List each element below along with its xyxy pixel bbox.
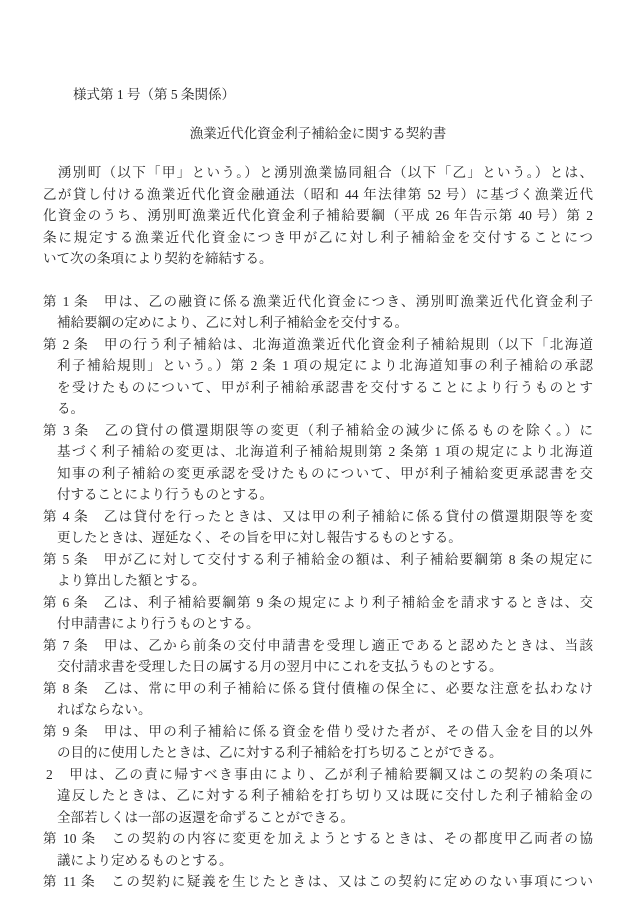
- preamble-line: いて次の条項により契約を締結する。: [43, 248, 593, 270]
- article-line: 付することにより行うものとする。: [43, 484, 593, 506]
- article-9: 第 9 条 甲は、甲の利子補給に係る資金を借り受けた者が、その借入金を目的以外 …: [43, 721, 593, 764]
- article-line: る。: [43, 398, 593, 420]
- article-line: より算出した額とする。: [43, 570, 593, 592]
- article-line: 付申請書により行うものとする。: [43, 613, 593, 635]
- preamble-line: 乙が貸し付ける漁業近代化資金融通法（昭和 44 年法律第 52 号）に基づく漁業…: [43, 184, 593, 206]
- article-line: の目的に使用したときは、乙に対する利子補給を打ち切ることができる。: [43, 742, 593, 764]
- article-line: 第 7 条 甲は、乙から前条の交付申請書を受理し適正であると認めたときは、当該: [43, 635, 593, 657]
- article-line: 第 11 条 この契約に疑義を生じたときは、又はこの契約に定めのない事項につい: [43, 871, 593, 893]
- preamble: 湧別町（以下「甲」という。）と湧別漁業協同組合（以下「乙」という。）とは、 乙が…: [43, 162, 593, 270]
- article-line: 第 9 条 甲は、甲の利子補給に係る資金を借り受けた者が、その借入金を目的以外: [43, 721, 593, 743]
- article-2: 第 2 条 甲の行う利子補給は、北海道漁業近代化資金利子補給規則（以下「北海道 …: [43, 334, 593, 420]
- article-line: 補給要綱の定めにより、乙に対し利子補給金を交付する。: [43, 312, 593, 334]
- article-9-paragraph-2: 2 甲は、乙の責に帰すべき事由により、乙が利子補給要綱又はこの契約の条項に 違反…: [43, 764, 593, 829]
- article-6: 第 6 条 乙は、利子補給要綱第 9 条の規定により利子補給金を請求するときは、…: [43, 592, 593, 635]
- article-line: 利子補給規則」という。）第 2 条 1 項の規定により北海道知事の利子補給の承認: [43, 355, 593, 377]
- article-line: ればならない。: [43, 699, 593, 721]
- article-line: 知事の利子補給の変更承認を受けたものについて、甲が利子補給変更承認書を交: [43, 463, 593, 485]
- article-10: 第 10 条 この契約の内容に変更を加えようとするときは、その都度甲乙両者の協 …: [43, 828, 593, 871]
- article-line: 第 6 条 乙は、利子補給要綱第 9 条の規定により利子補給金を請求するときは、…: [43, 592, 593, 614]
- article-line: 第 8 条 乙は、常に甲の利子補給に係る貸付債権の保全に、必要な注意を払わなけ: [43, 678, 593, 700]
- article-line: 基づく利子補給の変更は、北海道利子補給規則第 2 条第 1 項の規定により北海道: [43, 441, 593, 463]
- article-line: 2 甲は、乙の責に帰すべき事由により、乙が利子補給要綱又はこの契約の条項に: [43, 764, 593, 786]
- article-4: 第 4 条 乙は貸付を行ったときは、又は甲の利子補給に係る貸付の償還期限等を変 …: [43, 506, 593, 549]
- form-number-label: 様式第 1 号（第 5 条関係）: [43, 84, 593, 106]
- articles-section: 第 1 条 甲は、乙の融資に係る漁業近代化資金につき、湧別町漁業近代化資金利子 …: [43, 291, 593, 893]
- article-3: 第 3 条 乙の貸付の償還期限等の変更（利子補給金の減少に係るものを除く。）に …: [43, 420, 593, 506]
- article-line: 違反したときは、乙に対する利子補給を打ち切り又は既に交付した利子補給金の: [43, 785, 593, 807]
- article-line: を受けたものについて、甲が利子補給承認書を交付することにより行うものとす: [43, 377, 593, 399]
- article-5: 第 5 条 甲が乙に対して交付する利子補給金の額は、利子補給要綱第 8 条の規定…: [43, 549, 593, 592]
- article-line: 交付請求書を受理した日の属する月の翌月中にこれを支払うものとする。: [43, 656, 593, 678]
- article-7: 第 7 条 甲は、乙から前条の交付申請書を受理し適正であると認めたときは、当該 …: [43, 635, 593, 678]
- article-line: 第 2 条 甲の行う利子補給は、北海道漁業近代化資金利子補給規則（以下「北海道: [43, 334, 593, 356]
- article-1: 第 1 条 甲は、乙の融資に係る漁業近代化資金につき、湧別町漁業近代化資金利子 …: [43, 291, 593, 334]
- preamble-line: 化資金のうち、湧別町漁業近代化資金利子補給要綱（平成 26 年告示第 40 号）…: [43, 205, 593, 227]
- article-line: 議により定めるものとする。: [43, 850, 593, 872]
- contract-document: 様式第 1 号（第 5 条関係） 漁業近代化資金利子補給金に関する契約書 湧別町…: [0, 0, 630, 915]
- article-line: 第 3 条 乙の貸付の償還期限等の変更（利子補給金の減少に係るものを除く。）に: [43, 420, 593, 442]
- document-title: 漁業近代化資金利子補給金に関する契約書: [43, 123, 593, 145]
- article-8: 第 8 条 乙は、常に甲の利子補給に係る貸付債権の保全に、必要な注意を払わなけ …: [43, 678, 593, 721]
- preamble-line: 湧別町（以下「甲」という。）と湧別漁業協同組合（以下「乙」という。）とは、: [43, 162, 593, 184]
- preamble-line: 条に規定する漁業近代化資金につき甲が乙に対し利子補給金を交付することにつ: [43, 227, 593, 249]
- article-11: 第 11 条 この契約に疑義を生じたときは、又はこの契約に定めのない事項につい: [43, 871, 593, 893]
- article-line: 第 4 条 乙は貸付を行ったときは、又は甲の利子補給に係る貸付の償還期限等を変: [43, 506, 593, 528]
- article-line: 第 1 条 甲は、乙の融資に係る漁業近代化資金につき、湧別町漁業近代化資金利子: [43, 291, 593, 313]
- article-line: 全部若しくは一部の返還を命ずることができる。: [43, 807, 593, 829]
- article-line: 第 10 条 この契約の内容に変更を加えようとするときは、その都度甲乙両者の協: [43, 828, 593, 850]
- article-line: 第 5 条 甲が乙に対して交付する利子補給金の額は、利子補給要綱第 8 条の規定…: [43, 549, 593, 571]
- article-line: 更したときは、遅延なく、その旨を甲に対し報告するものとする。: [43, 527, 593, 549]
